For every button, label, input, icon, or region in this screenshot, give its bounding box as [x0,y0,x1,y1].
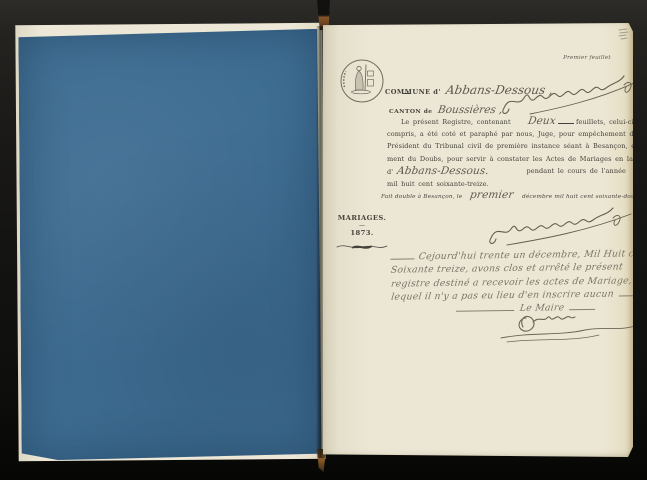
judge-signature-top [498,63,638,119]
commune-label: COMMUNE d' [385,88,441,96]
heading-divider [402,93,411,94]
mayor-signature [493,309,643,353]
judge-signature-mid [483,197,635,251]
paragraph-line: Président du Tribunal civil de première … [387,140,626,153]
acts-type-heading: MARIAGES. [333,214,391,222]
title-page: Premier feuillet COMMUNE d' Abbans-Desso… [323,23,633,457]
trailing-rule [619,290,647,297]
flourish-ornament-icon [335,242,389,252]
corner-stamp-mark-icon [617,27,630,42]
closing-statement: Cejourd'hui trente un décembre, Mil Huit… [391,247,634,317]
lead-in-rule [390,253,415,259]
blue-cover-page [18,29,321,461]
scan-viewport: Premier feuillet COMMUNE d' Abbans-Desso… [0,0,647,480]
paragraph-line: ment du Doubs, pour servir à constater l… [387,153,626,166]
margin-block: MARIAGES. — 1873. [333,214,391,256]
folio-count-handwritten: Deux [513,115,557,128]
dateline-pre: Fait double à Besançon, le [381,194,462,200]
first-leaf-note: Premier feuillet [551,55,623,61]
paragraph-line: compris, a été coté et paraphé par nous,… [387,128,626,141]
paragraph-line: d' Abbans-Dessous. pendant le cours de l… [387,165,626,178]
commune-repeat-handwritten: Abbans-Dessous. [396,165,490,178]
blank-rule [558,117,574,124]
paragraph-line: Le présent Registre, contenant Deuxfeuil… [387,115,626,128]
canton-label: CANTON de [389,108,433,115]
register-paragraph: Le présent Registre, contenant Deuxfeuil… [387,115,626,191]
margin-divider: — [333,222,391,229]
stamp-icon [337,56,387,106]
year-label: 1873. [333,229,391,237]
